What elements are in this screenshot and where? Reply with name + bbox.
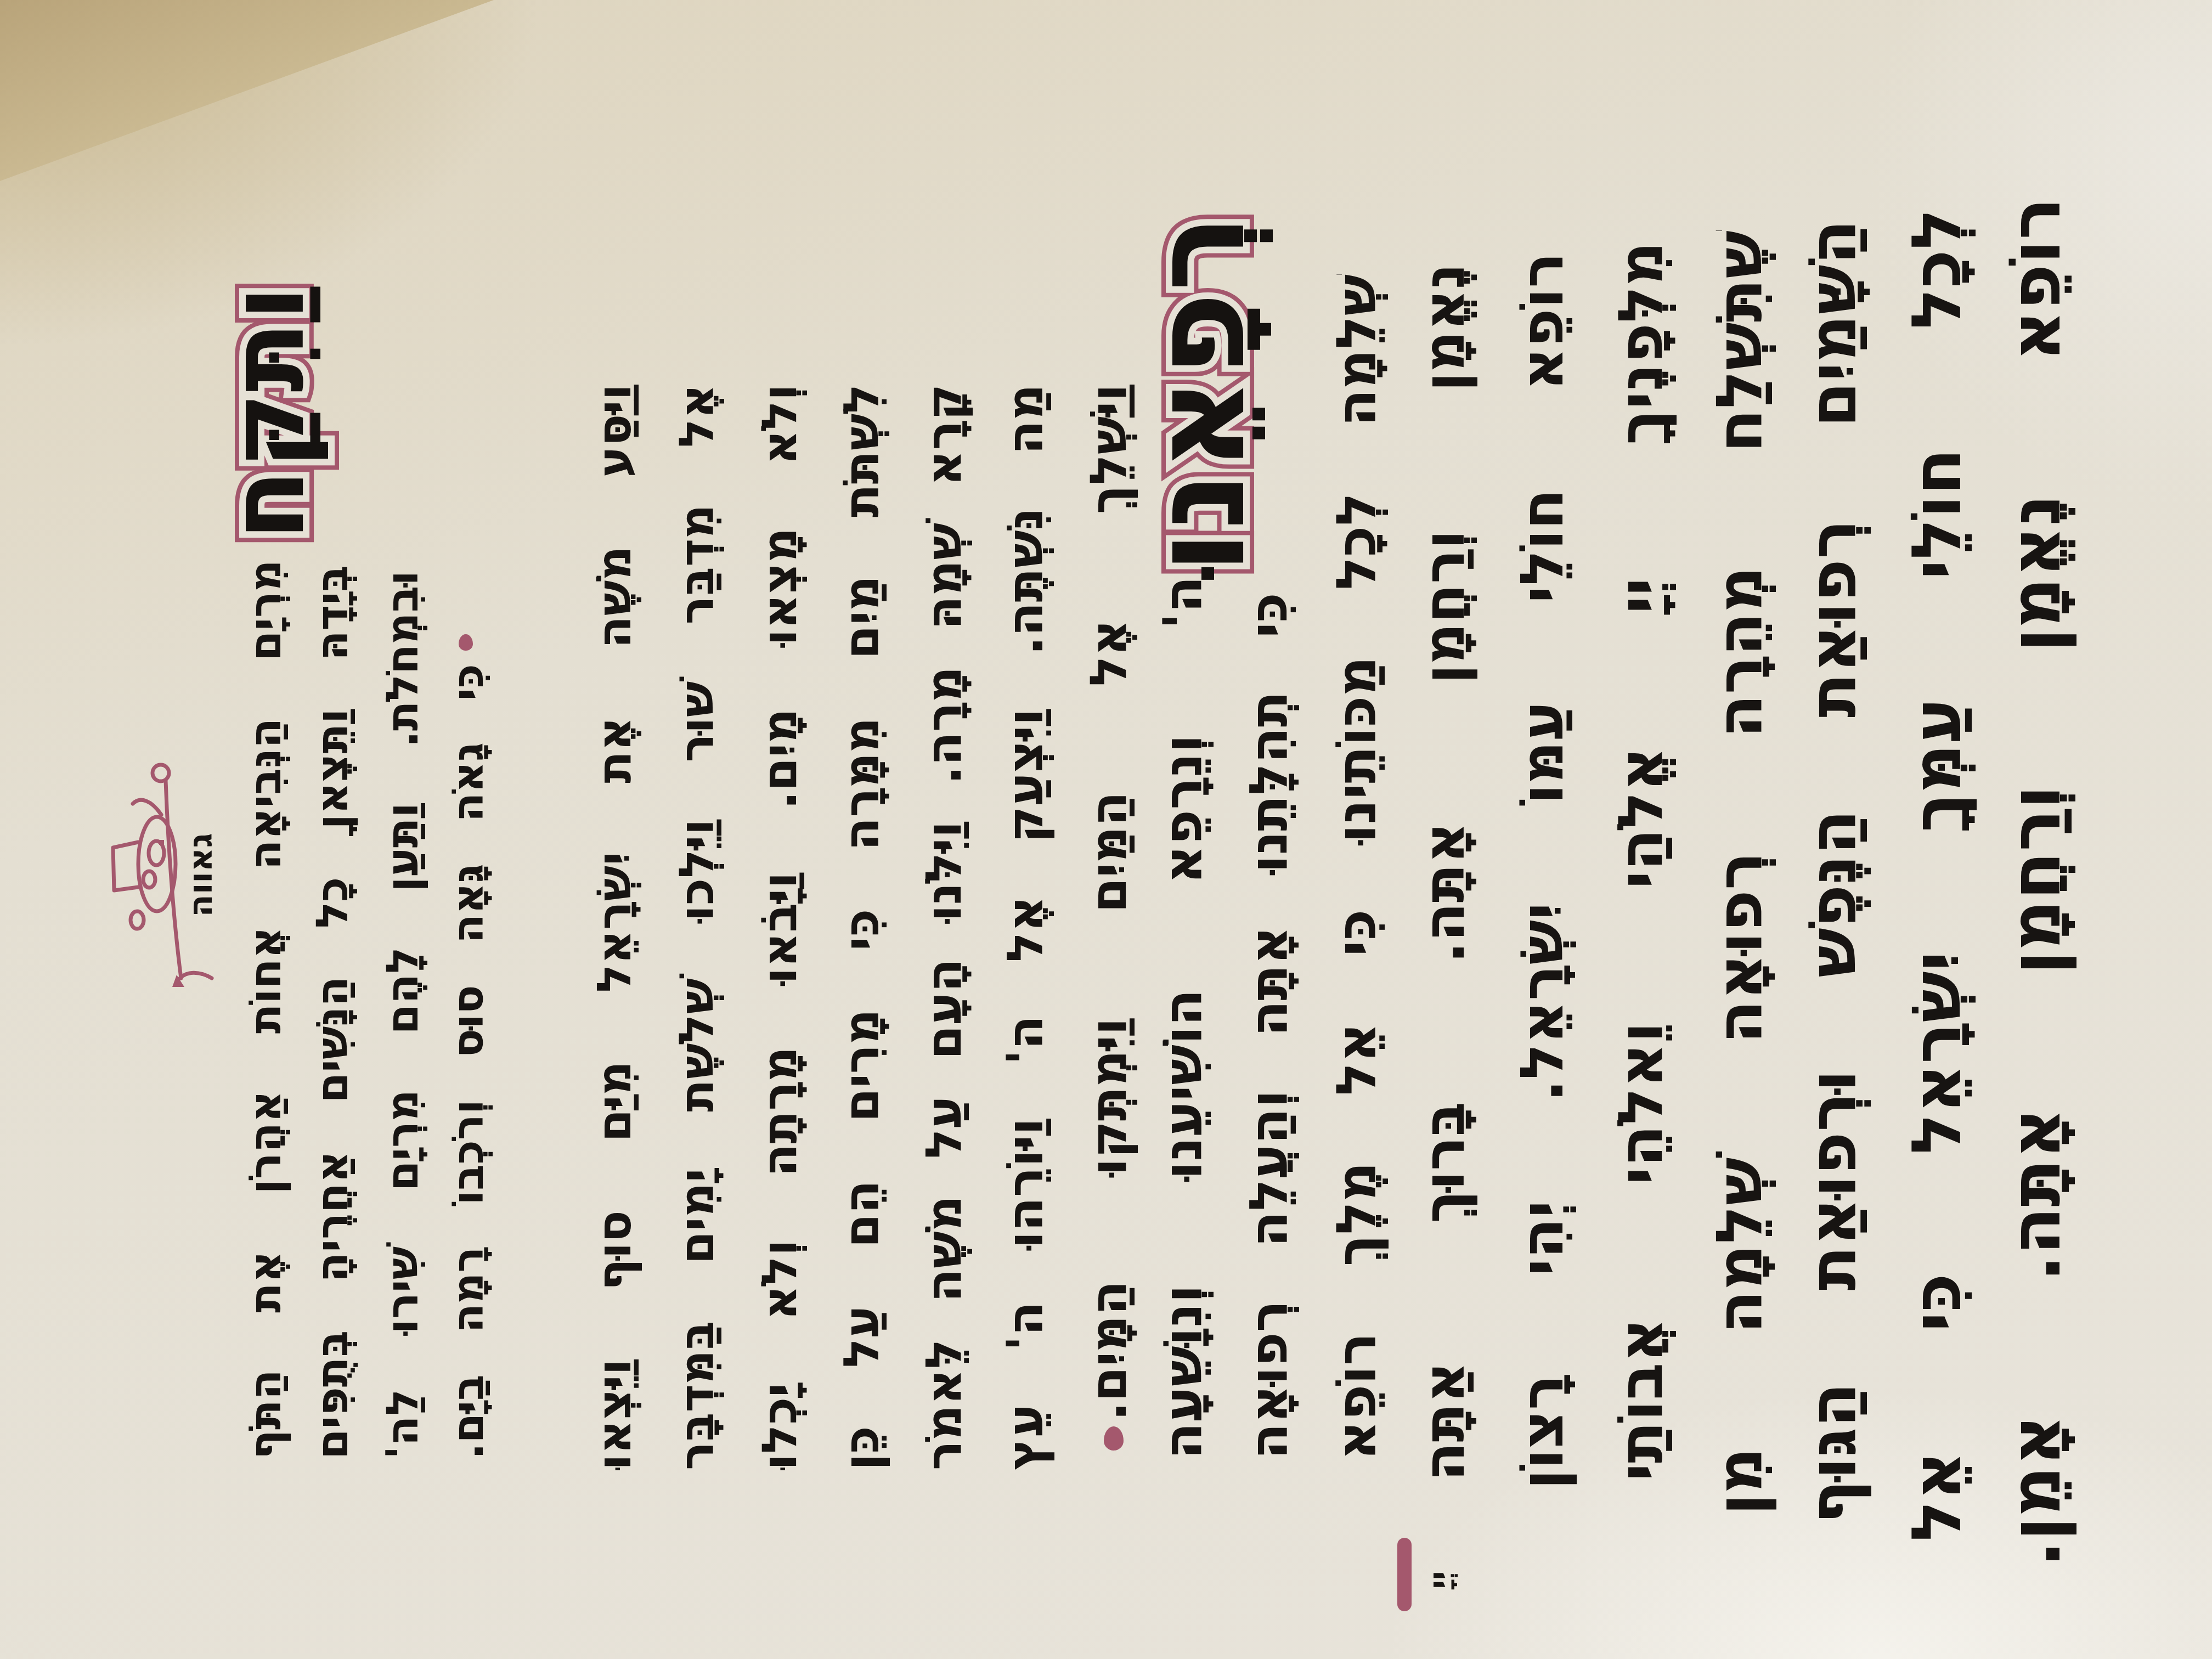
text-line: ה' וְנֵרָפֵא הוֹשִׁיעֵנוּ וְנִוָּשֵׁעָה [1149,576,1224,1459]
text-line: שֶׁתִּשְׁלַח מְהֵרָה רְפוּאָה שְׁלֵמָה מ… [1699,230,1787,1515]
text-line: נֶאֱמָן וְרַחֲמָן אָתָּה. בָּרוּךְ אַתָּ… [1407,263,1487,1481]
ornament-caption: גאווה [179,806,222,944]
heading-text: וַתִּקַּח [199,285,335,540]
text-line: שְׁלֵמָה לְכָל מַכּוֹתֵינוּ כִּי אֵל מֶל… [1321,274,1398,1460]
text-line: כִּי תְהִלָּתֵנוּ אָתָּה וְהַעֲלֵה רְפוּ… [1235,592,1308,1459]
text-line: וּבִמְחֹלֹת. וַתַּעַן לָהֶם מִרְיָם שִׁי… [374,571,436,1459]
text-line: מַה נִּשְׁתֶּה. וַיִּצְעַק אֶל ה' וַיּוֹ… [994,384,1063,1470]
text-line: רוֹפֵא נֶאֱמָן וְרַחֲמָן אָתָּה. אָמֵן. [1990,198,2089,1567]
text-line: לִשְׁתֹּת מַיִם מִמָּרָה כִּי מָרִים הֵם… [830,384,899,1470]
text-line: מִלְּפָנֶיךָ יְיָ אֱלֹהַי וֵאלֹהֵי אֲבוֹ… [1601,241,1688,1481]
text-line: אֶל מִדְבַּר שׁוּר וַיֵּלְכוּ שְׁלֹשֶׁת … [666,384,733,1470]
section-heading: ותקח ותקח וַתִּקַּח [199,285,336,538]
text-line: קָרָא שְׁמָהּ מָרָה. וַיִּלֹּנוּ הָעָם ע… [912,384,981,1470]
text-line: בְּיָדָהּ וַתֵּצֶאןָ כָל הַנָּשִׁים אַחֲ… [304,565,365,1459]
document-page: גאווה ותקח ותקח וַתִּקַּח מִרְיָם הַנְּב… [0,0,2212,1659]
text-line: וַיַּסַּע מֹשֶׁה אֶת יִשְׂרָאֵל מִיַּם ס… [584,384,650,1470]
text-line: לְכָל חוֹלֵי עַמְּךָ יִשְׂרָאֵל כִּי אֵל [1893,208,1989,1542]
text-line: וְלֹא מָצְאוּ מָיִם. וַיָּבֹאוּ מָרָתָה … [748,384,816,1470]
heading-text: רְפָאֵנוּ [1115,214,1283,574]
section-heading: רפאנו רפאנו רְפָאֵנוּ [1115,214,1285,576]
text-line: הַשָּׁמַיִם רְפוּאַת הַנֶּפֶשׁ וּרְפוּאַ… [1791,219,1883,1524]
margin-note: יְיָ [1421,1544,1461,1616]
text-line: רוֹפֵא חוֹלֵי עַמּוֹ יִשְׂרָאֵל. יְהִי ר… [1504,252,1587,1489]
text-line: כִּי גָאֹה גָּאָה סוּס וְרֹכְבוֹ רָמָה ב… [441,664,501,1459]
text-line: מִרְיָם הַנְּבִיאָה אֲחוֹת אַהֲרֹן אֶת ה… [237,560,298,1459]
